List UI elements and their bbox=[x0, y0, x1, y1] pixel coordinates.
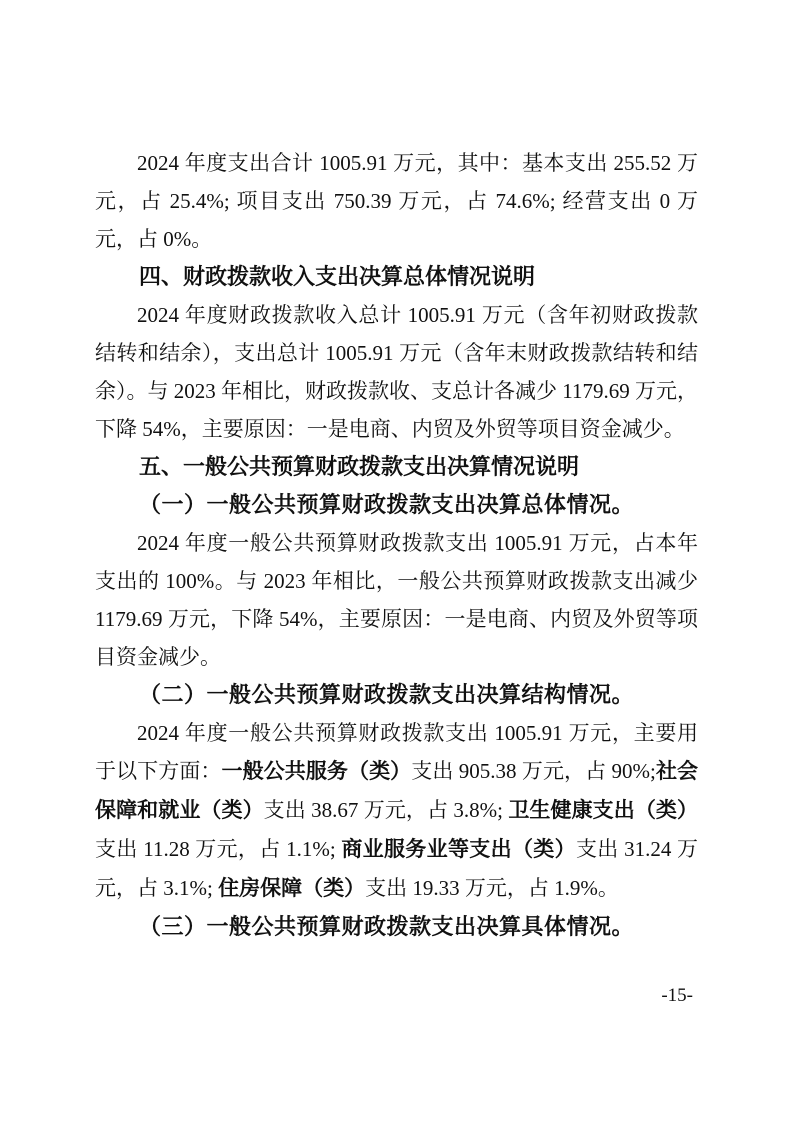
text-run: 支出 19.33 万元，占 1.9%。 bbox=[365, 876, 619, 900]
paragraph-section-5-2-body: 2024 年度一般公共预算财政拨款支出 1005.91 万元，主要用于以下方面：… bbox=[95, 714, 698, 908]
category-commercial-services: 商业服务业等支出（类） bbox=[341, 838, 576, 861]
text-run: 支出 905.38 万元，占 90%; bbox=[411, 759, 656, 783]
text-run: 支出 11.28 万元，占 1.1%; bbox=[95, 837, 341, 861]
document-page: 2024 年度支出合计 1005.91 万元，其中：基本支出 255.52 万元… bbox=[0, 0, 793, 1122]
subheading-section-5-2: （二）一般公共预算财政拨款支出决算结构情况。 bbox=[95, 676, 698, 714]
subheading-section-5-1: （一）一般公共预算财政拨款支出决算总体情况。 bbox=[95, 486, 698, 524]
subheading-section-5-3: （三）一般公共预算财政拨款支出决算具体情况。 bbox=[95, 908, 698, 946]
category-health: 卫生健康支出（类） bbox=[508, 799, 698, 822]
heading-section-5: 五、一般公共预算财政拨款支出决算情况说明 bbox=[95, 448, 698, 486]
page-number: -15- bbox=[661, 984, 693, 1008]
heading-section-4: 四、财政拨款收入支出决算总体情况说明 bbox=[95, 258, 698, 296]
paragraph-section-4-body: 2024 年度财政拨款收入总计 1005.91 万元（含年初财政拨款结转和结余）… bbox=[95, 296, 698, 448]
paragraph-section-5-1-body: 2024 年度一般公共预算财政拨款支出 1005.91 万元，占本年支出的 10… bbox=[95, 524, 698, 676]
category-general-public-services: 一般公共服务（类） bbox=[222, 760, 412, 783]
category-housing-security: 住房保障（类） bbox=[218, 877, 365, 900]
text-run: 支出 38.67 万元，占 3.8%; bbox=[264, 798, 509, 822]
paragraph-total-expenditure: 2024 年度支出合计 1005.91 万元，其中：基本支出 255.52 万元… bbox=[95, 144, 698, 258]
document-content: 2024 年度支出合计 1005.91 万元，其中：基本支出 255.52 万元… bbox=[95, 144, 698, 946]
